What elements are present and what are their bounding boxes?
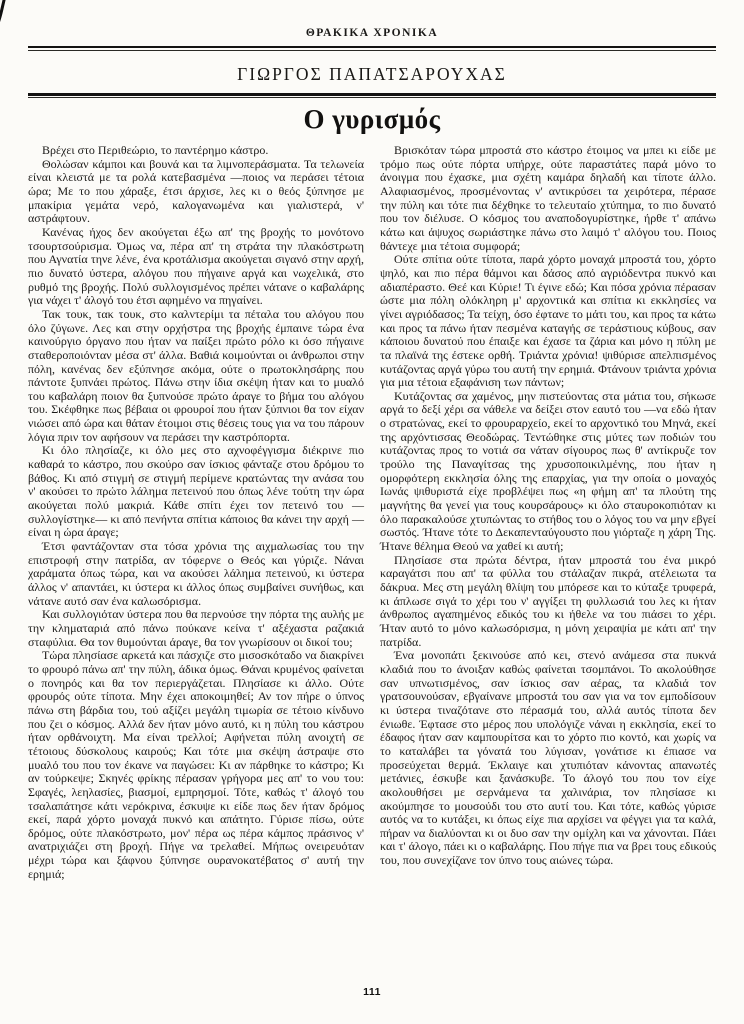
two-column-text: Βρέχει στο Περιθεώριο, το παντέρημο κάστ… <box>28 144 716 881</box>
paragraph: Τώρα πλησίασε αρκετά και πάσχιζε στο μισ… <box>28 649 364 881</box>
paragraph: Βρισκόταν τώρα μπροστά στο κάστρο έτοιμο… <box>380 144 716 253</box>
paragraph: Κυτάζοντας σα χαμένος, μην πιστεύοντας σ… <box>380 390 716 554</box>
paragraph: Και συλλογιόταν ύστερα που θα περνούσε τ… <box>28 608 364 649</box>
page-header: ΘΡΑΚΙΚΑ ΧΡΟΝΙΚΑ ΓΙΩΡΓΟΣ ΠΑΠΑΤΣΑΡΟΥΧΑΣ Ο … <box>0 0 744 135</box>
journal-title: ΘΡΑΚΙΚΑ ΧΡΟΝΙΚΑ <box>0 27 744 39</box>
header-rule-bottom <box>28 93 716 98</box>
paragraph: Θολώσαν κάμποι και βουνά και τα λιμνοπερ… <box>28 158 364 226</box>
scanned-book-page: ΘΡΑΚΙΚΑ ΧΡΟΝΙΚΑ ΓΙΩΡΓΟΣ ΠΑΠΑΤΣΑΡΟΥΧΑΣ Ο … <box>0 0 744 1024</box>
paragraph: Βρέχει στο Περιθεώριο, το παντέρημο κάστ… <box>28 144 364 158</box>
story-title: Ο γυρισμός <box>0 104 744 135</box>
page-number: 111 <box>0 986 744 998</box>
paragraph: Τακ τουκ, τακ τουκ, στο καλντερίμι τα πέ… <box>28 308 364 445</box>
paragraph: Κανένας ήχος δεν ακούγεται έξω απ' της β… <box>28 226 364 308</box>
paragraph: Ούτε σπίτια ούτε τίποτα, παρά χόρτο μονα… <box>380 253 716 390</box>
paragraph: Πλησίασε στα πρώτα δέντρα, ήταν μπροστά … <box>380 554 716 650</box>
header-rule-top <box>28 46 716 51</box>
right-column: Βρισκόταν τώρα μπροστά στο κάστρο έτοιμο… <box>380 144 716 881</box>
paragraph: Ένα μονοπάτι ξεκινούσε από κει, στενό αν… <box>380 649 716 868</box>
left-column: Βρέχει στο Περιθεώριο, το παντέρημο κάστ… <box>28 144 364 881</box>
paragraph: Κι όλο πλησίαζε, κι όλο μες στο αχνοφέγγ… <box>28 444 364 540</box>
author-name: ΓΙΩΡΓΟΣ ΠΑΠΑΤΣΑΡΟΥΧΑΣ <box>0 64 744 85</box>
paragraph: Έτσι φαντάζονταν στα τόσα χρόνια της αιχ… <box>28 540 364 608</box>
